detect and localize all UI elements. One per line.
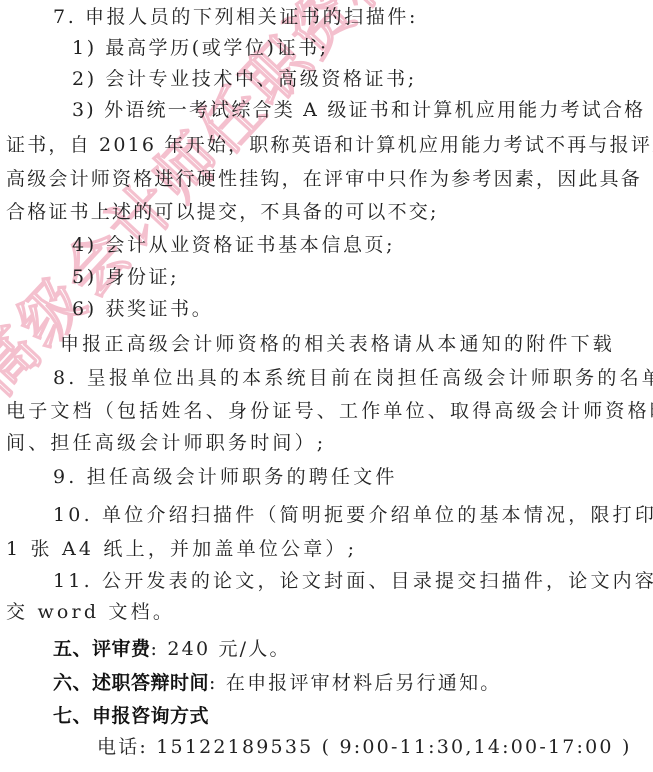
item-10-line-1: 10. 单位介绍扫描件（简明扼要介绍单位的基本情况，限打印在 — [53, 500, 653, 530]
section-defense-colon: : — [209, 672, 218, 694]
section-fee: 五、评审费: 240 元/人。 — [53, 634, 653, 664]
contact-phone: 电话: 15122189535 ( 9:00-11:30,14:00-17:00… — [97, 732, 653, 762]
item-11-line-1: 11. 公开发表的论文，论文封面、目录提交扫描件，论文内容提 — [53, 566, 653, 596]
item-9: 9. 担任高级会计师职务的聘任文件 — [53, 462, 653, 492]
item-7-sub-3-line-3: 高级会计师资格进行硬性挂钩，在评审中只作为参考因素，因此具备 — [6, 164, 653, 194]
section-fee-colon: : — [151, 638, 160, 660]
item-7-sub-5: 5) 身份证; — [72, 262, 653, 292]
item-8-line-3: 间、担任高级会计师职务时间）; — [6, 428, 653, 458]
section-defense-value: 在申报评审材料后另行通知。 — [218, 672, 502, 694]
item-7-sub-3-line-2: 证书，自 2016 年开始，职称英语和计算机应用能力考试不再与报评正 — [6, 130, 653, 160]
download-note: 申报正高级会计师资格的相关表格请从本通知的附件下载 — [60, 329, 653, 359]
section-contact: 七、申报咨询方式 — [53, 701, 653, 731]
item-7-sub-6: 6) 获奖证书。 — [72, 294, 653, 324]
item-11-line-2: 交 word 文档。 — [6, 597, 653, 627]
item-7-sub-3-line-4: 合格证书上述的可以提交，不具备的可以不交; — [6, 197, 653, 227]
item-7-sub-1: 1) 最高学历(或学位)证书; — [72, 33, 653, 63]
item-8-line-1: 8. 呈报单位出具的本系统目前在岗担任高级会计师职务的名单 — [53, 363, 653, 393]
item-7-title: 7. 申报人员的下列相关证书的扫描件: — [53, 2, 653, 32]
item-7-sub-4: 4) 会计从业资格证书基本信息页; — [72, 230, 653, 260]
section-defense-heading: 六、述职答辩时间 — [53, 672, 209, 694]
document-page: 高级会计师任职资格评审委员会 7. 申报人员的下列相关证书的扫描件: 1) 最高… — [0, 0, 653, 772]
section-defense-time: 六、述职答辩时间: 在申报评审材料后另行通知。 — [53, 668, 653, 698]
section-fee-value: 240 元/人。 — [159, 638, 291, 660]
item-7-sub-2: 2) 会计专业技术中、高级资格证书; — [72, 64, 653, 94]
item-10-line-2: 1 张 A4 纸上，并加盖单位公章）; — [6, 534, 653, 564]
item-7-sub-3-line-1: 3) 外语统一考试综合类 A 级证书和计算机应用能力考试合格 — [72, 95, 653, 125]
section-contact-heading: 七、申报咨询方式 — [53, 705, 209, 727]
item-8-line-2: 电子文档（包括姓名、身份证号、工作单位、取得高级会计师资格时 — [6, 396, 653, 426]
section-fee-heading: 五、评审费 — [53, 638, 151, 660]
